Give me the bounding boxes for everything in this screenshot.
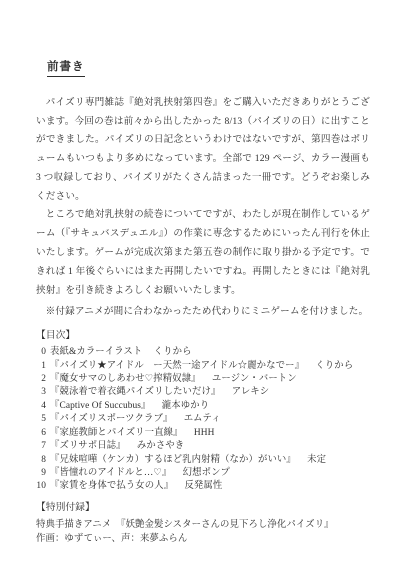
toc-item-title: 『皆憧れのアイドルと…♡』 [50, 468, 171, 478]
toc-item-title: 『兄妹喧嘩（ケンカ）するほど乳内射精（なか）がいい』 [50, 455, 296, 465]
toc-item-number: 7 [36, 440, 46, 453]
toc-item-number: 2 [36, 373, 46, 386]
toc-item-author: HHH [194, 428, 215, 438]
toc-heading: 【目次】 [36, 328, 370, 344]
toc-item: 0表紙&カラーイラストくりから [36, 346, 370, 359]
toc-item: 2『魔女サマのしあわせ♡搾精奴隷』ユージン・バートン [36, 373, 370, 386]
toc-item: 9『皆憧れのアイドルと…♡』幻想ポンプ [36, 467, 370, 480]
foreword-paragraph-1: パイズリ専門雑誌『絶対乳挟射第四巻』をご購入いただきありがとうございます。今回の… [36, 94, 370, 207]
toc-item-author: 反発属性 [184, 481, 222, 491]
toc-list: 0表紙&カラーイラストくりから 1『パイズリ★アイドル ー天然一途アイドル☆麗か… [36, 346, 370, 493]
toc-item-number: 5 [36, 413, 46, 426]
toc-item-title: 『魔女サマのしあわせ♡搾精奴隷』 [50, 374, 201, 384]
toc-item-title: 『パイズリ★アイドル ー天然一途アイドル☆麗かなでー』 [50, 361, 304, 371]
page-title: 前書き [47, 58, 85, 77]
toc-item-author: くりから [315, 361, 353, 371]
toc-item: 3『競泳着で着衣縄パイズリしたいだけ』アレキシ [36, 386, 370, 399]
toc-item-author: ユージン・バートン [212, 374, 297, 384]
appendix-credits-line: 作画：ゆずてぃー、声：来夢ふらん [36, 532, 370, 546]
toc-item-number: 4 [36, 400, 46, 413]
toc-item-title: 『家賃を身体で払う女の人』 [50, 481, 173, 491]
toc-item-number: 0 [36, 346, 46, 359]
toc-item-number: 10 [36, 480, 46, 493]
toc-item-author: アレキシ [232, 387, 269, 397]
toc-item-title: 『ズリサポ日誌』 [50, 441, 126, 451]
appendix-bonus-anime-line: 特典手描きアニメ 『妖艶金髪シスターさんの見下ろし浄化パイズリ』 [36, 518, 370, 532]
toc-item-title: 『パイズリスポーツクラブ』 [50, 414, 172, 424]
toc-item: 8『兄妹喧嘩（ケンカ）するほど乳内射精（なか）がいい』未定 [36, 454, 370, 467]
toc-item: 4『Captive Of Succubus』瀧本ゆかり [36, 400, 370, 413]
toc-item-number: 1 [36, 360, 46, 373]
toc-item-title: 『家庭教師とパイズリ一直線』 [50, 428, 183, 438]
toc-item: 7『ズリサポ日誌』みかさやき [36, 440, 370, 453]
toc-item-author: 未定 [307, 455, 326, 465]
foreword-note: ※付録アニメが間に合わなかったため代わりにミニゲームを付けました。 [36, 303, 370, 322]
appendix-heading: 【特別付録】 [36, 500, 370, 516]
toc-item-title: 『競泳着で着衣縄パイズリしたいだけ』 [50, 387, 220, 397]
toc-item-number: 8 [36, 454, 46, 467]
foreword-paragraph-2: ところで絶対乳挟射の続巻についてですが、わたしが現在制作しているゲーム（『サキュ… [36, 206, 370, 300]
toc-item-author: くりから [154, 347, 192, 357]
document-page: 前書き パイズリ専門雑誌『絶対乳挟射第四巻』をご購入いただきありがとうございます… [0, 0, 400, 567]
toc-item-number: 6 [36, 427, 46, 440]
toc-item-author: 幻想ポンプ [183, 468, 230, 478]
toc-item-number: 9 [36, 467, 46, 480]
toc-item-title: 表紙&カラーイラスト [50, 347, 142, 357]
toc-item-author: 瀧本ゆかり [162, 401, 209, 411]
toc-item-number: 3 [36, 386, 46, 399]
special-appendix-section: 【特別付録】 特典手描きアニメ 『妖艶金髪シスターさんの見下ろし浄化パイズリ』 … [36, 500, 370, 546]
toc-item: 1『パイズリ★アイドル ー天然一途アイドル☆麗かなでー』くりから [36, 360, 370, 373]
toc-item-author: みかさやき [137, 441, 184, 451]
toc-item-title: 『Captive Of Succubus』 [50, 401, 151, 411]
toc-item: 10『家賃を身体で払う女の人』反発属性 [36, 480, 370, 493]
toc-item: 6『家庭教師とパイズリ一直線』HHH [36, 427, 370, 440]
toc-item: 5『パイズリスポーツクラブ』エムティ [36, 413, 370, 426]
foreword-body: パイズリ専門雑誌『絶対乳挟射第四巻』をご購入いただきありがとうございます。今回の… [36, 94, 370, 323]
toc-item-author: エムティ [184, 414, 221, 424]
